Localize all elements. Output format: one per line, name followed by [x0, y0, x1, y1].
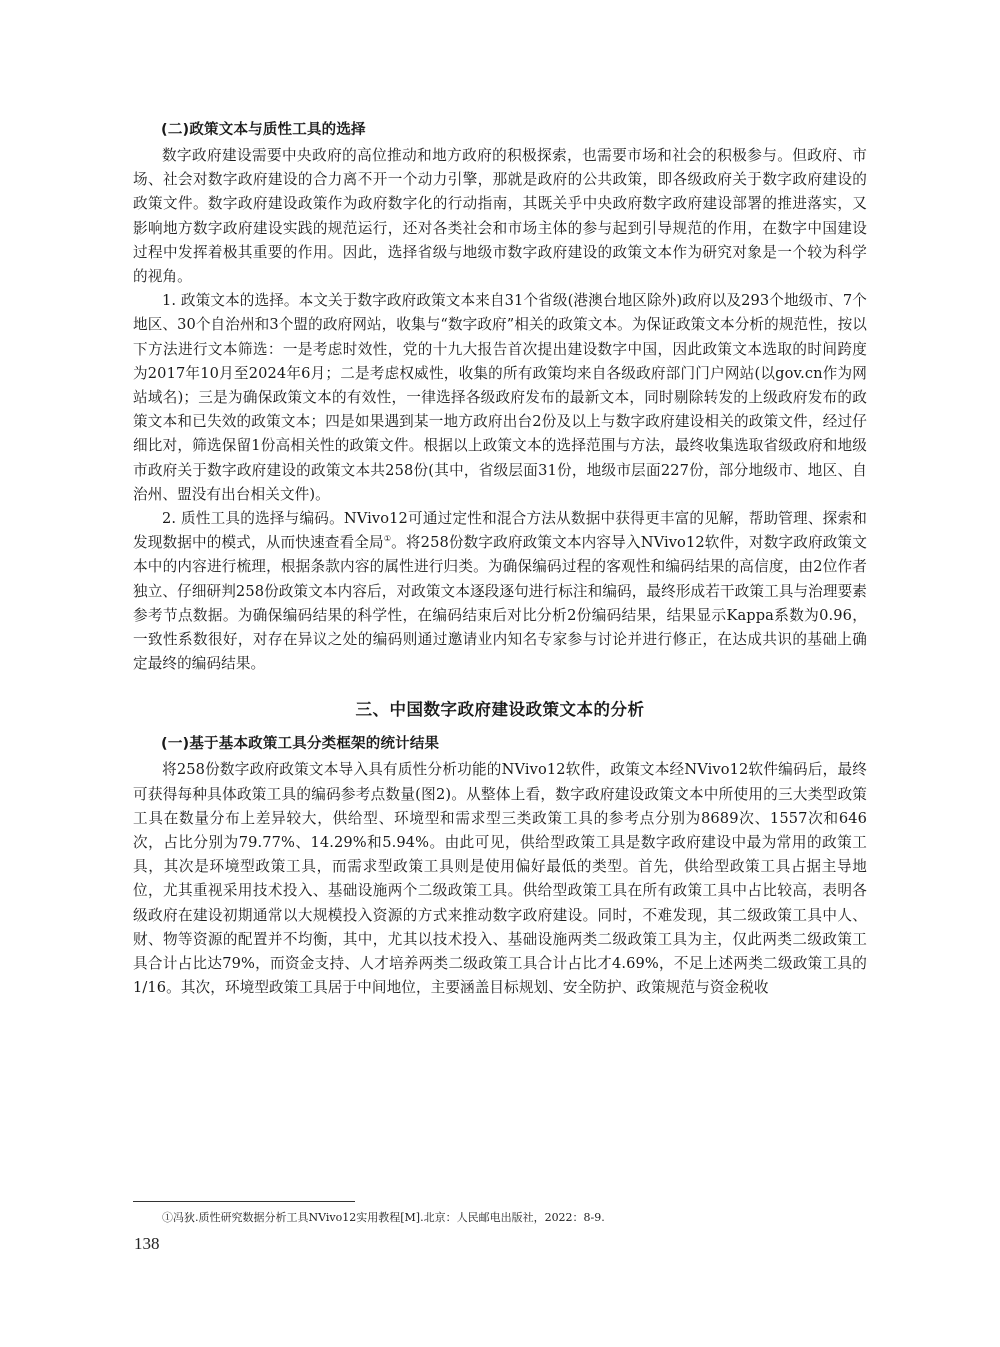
paragraph-statistics: 将258份数字政府政策文本导入具有质性分析功能的NVivo12软件，政策文本经N…	[133, 758, 867, 1000]
section-heading-analysis: 三、中国数字政府建设政策文本的分析	[133, 698, 867, 722]
paragraph-intro: 数字政府建设需要中央政府的高位推动和地方政府的积极探索，也需要市场和社会的积极参…	[133, 144, 867, 289]
footnote-divider	[133, 1201, 355, 1202]
subsection-heading-statistics: (一)基于基本政策工具分类框架的统计结果	[133, 732, 867, 758]
footnote: ①冯狄.质性研究数据分析工具NVivo12实用教程[M].北京：人民邮电出版社，…	[162, 1211, 605, 1225]
section-heading-policy-text-selection: (二)政策文本与质性工具的选择	[133, 118, 867, 144]
page-body: (二)政策文本与质性工具的选择 数字政府建设需要中央政府的高位推动和地方政府的积…	[133, 118, 867, 1001]
paragraph-qualitative-tool: 2. 质性工具的选择与编码。NVivo12可通过定性和混合方法从数据中获得更丰富…	[133, 507, 867, 676]
paragraph-policy-text-selection: 1. 政策文本的选择。本文关于数字政府政策文本来自31个省级(港澳台地区除外)政…	[133, 289, 867, 507]
paragraph-qualitative-tool-part2: 。将258份数字政府政策文本内容导入NVivo12软件，对数字政府政策文本中的内…	[133, 534, 867, 672]
page-number: 138	[134, 1234, 160, 1254]
